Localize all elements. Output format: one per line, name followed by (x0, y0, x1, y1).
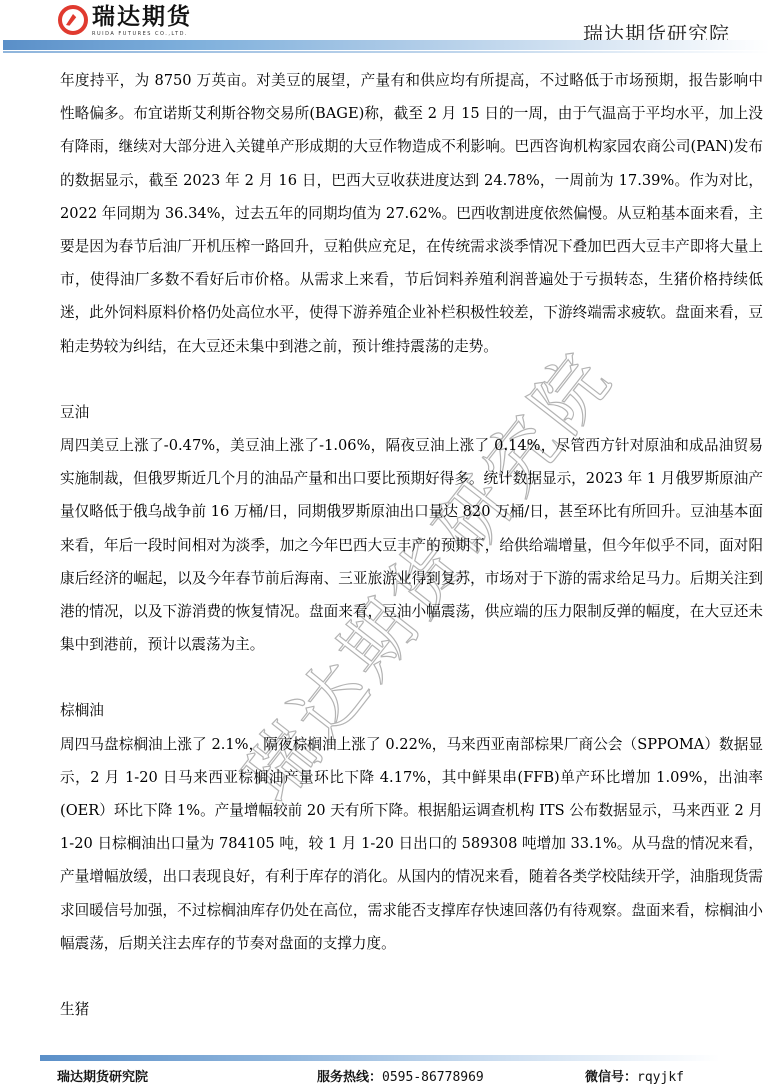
ruida-logo-icon (58, 5, 88, 35)
palm-oil-paragraph: 周四马盘棕榈油上涨了 2.1%，隔夜棕榈油上涨了 0.22%，马来西亚南部棕果厂… (60, 728, 763, 960)
header-divider-thin (3, 51, 770, 53)
soymeal-paragraph: 年度持平，为 8750 万英亩。对美豆的展望，产量有和供应均有所提高，不过略低于… (60, 64, 763, 363)
company-logo: 瑞达期货 RUIDA FUTURES CO.,LTD. (58, 4, 192, 37)
footer-wechat: 微信号：rqyjkf (585, 1066, 684, 1085)
spacer (60, 661, 763, 694)
hotline-number: 0595-86778969 (382, 1070, 484, 1085)
footer-org: 瑞达期货研究院 (57, 1066, 148, 1085)
hotline-label: 服务热线： (317, 1070, 382, 1085)
page-footer: 瑞达期货研究院 服务热线：0595-86778969 微信号：rqyjkf (40, 1066, 740, 1088)
soybean-oil-paragraph: 周四美豆上涨了-0.47%，美豆油上涨了-1.06%，隔夜豆油上涨了 0.14%… (60, 429, 763, 661)
logo-chinese-name: 瑞达期货 (92, 4, 192, 30)
footer-divider (40, 1055, 720, 1061)
section-title-palm-oil: 棕榈油 (60, 694, 763, 727)
page-header: 瑞达期货 RUIDA FUTURES CO.,LTD. 瑞达期货研究院 (0, 0, 770, 58)
wechat-id: rqyjkf (637, 1070, 684, 1085)
spacer (60, 363, 763, 396)
footer-hotline: 服务热线：0595-86778969 (317, 1066, 484, 1085)
header-divider (3, 40, 770, 50)
logo-english-name: RUIDA FUTURES CO.,LTD. (92, 31, 192, 37)
section-title-live-hog: 生猪 (60, 993, 763, 1026)
document-body: 年度持平，为 8750 万英亩。对美豆的展望，产量有和供应均有所提高，不过略低于… (60, 64, 763, 1026)
spacer (60, 960, 763, 993)
wechat-label: 微信号： (585, 1070, 637, 1085)
section-title-soybean-oil: 豆油 (60, 396, 763, 429)
